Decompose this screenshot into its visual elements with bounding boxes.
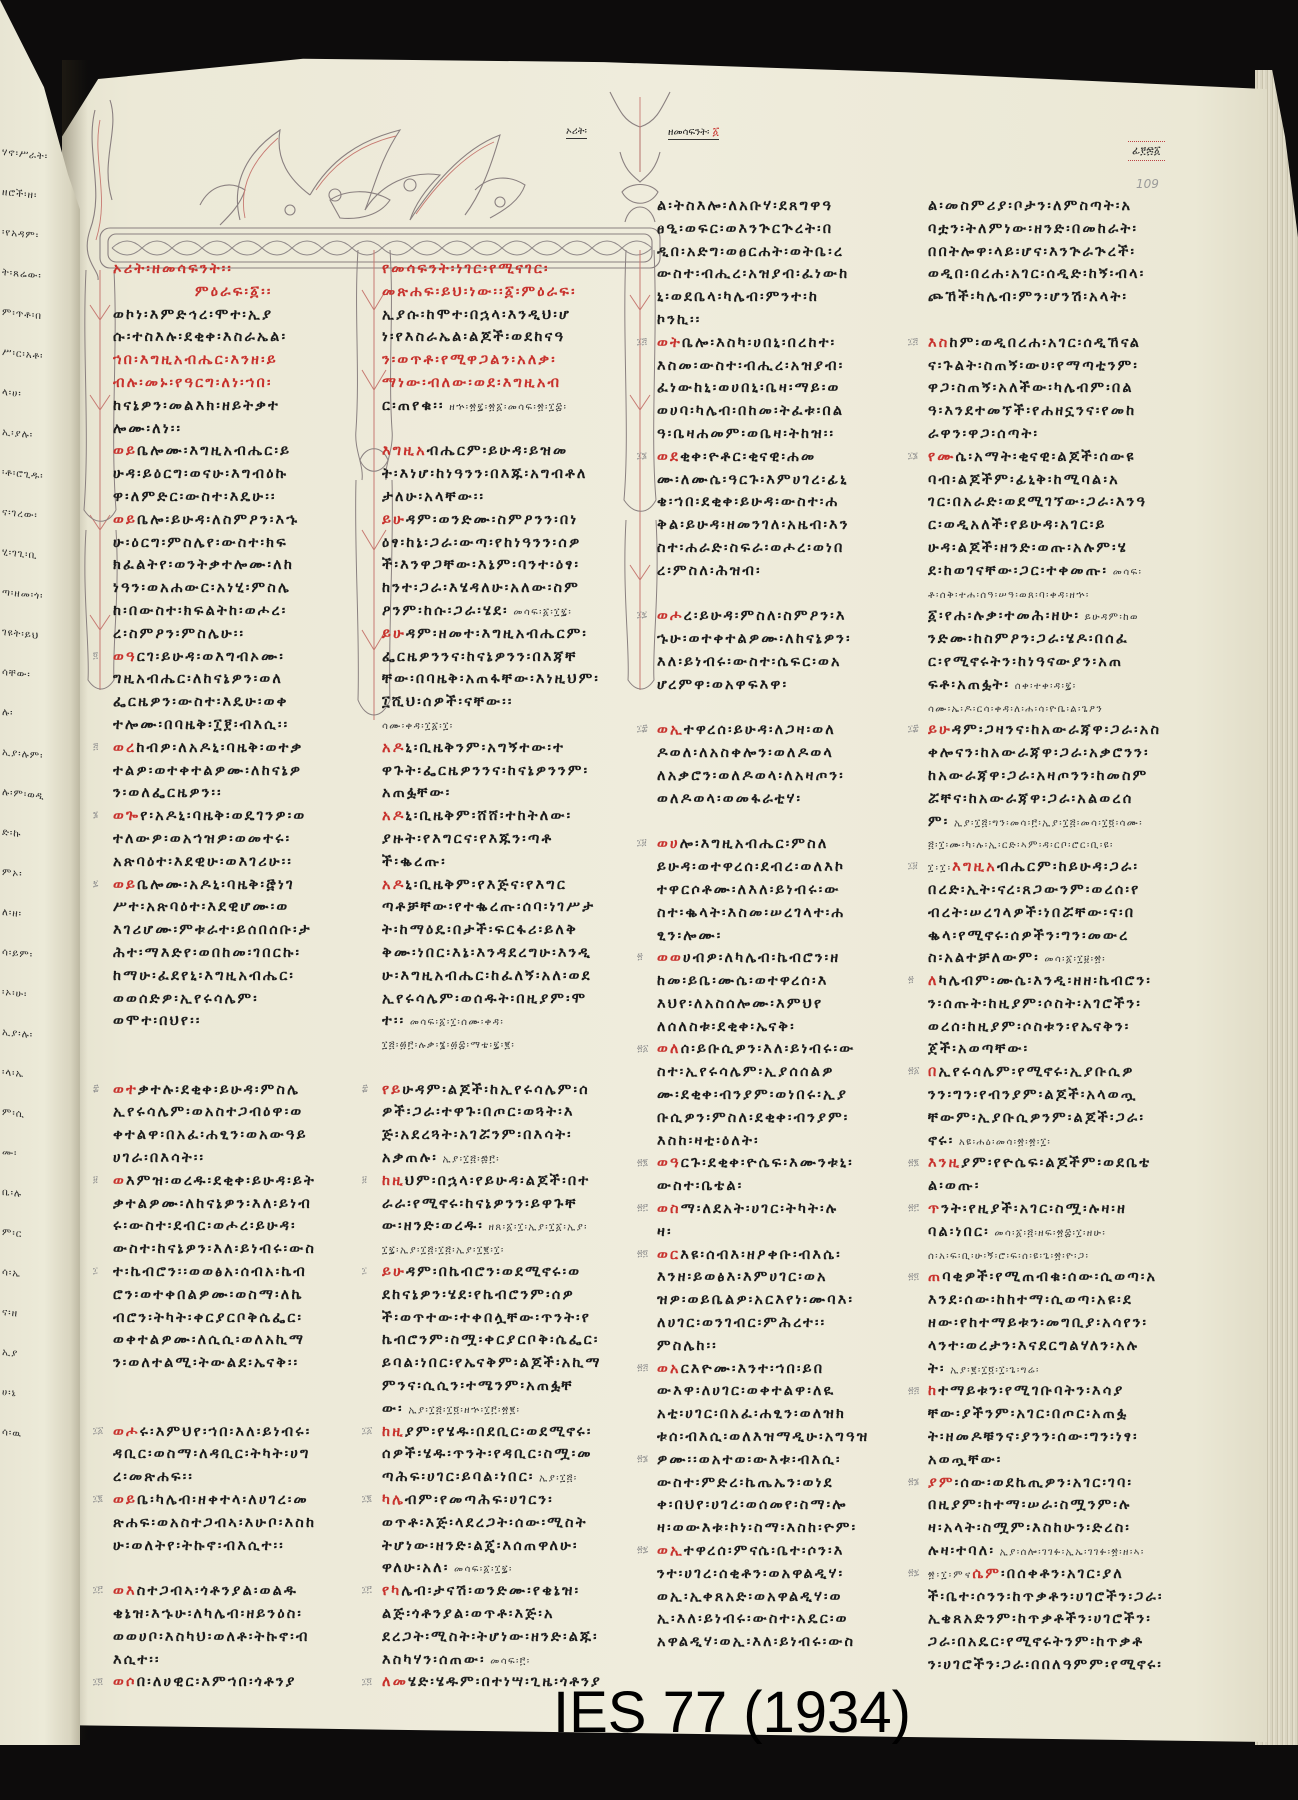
cross-reference: ዘኍ፡፳፯፡፳፩፡መሳፍ፡፳፡፲፰፡ (445, 402, 568, 413)
text-line: ወአርእዮሙ፡እንተ፡ኀበ፡ይበ (657, 1358, 912, 1381)
rubric-initial: ሴም (972, 1566, 1001, 1582)
text-line: እስከም፡ወዲበረሐ፡አገር፡ሰዲኸናል (928, 332, 1190, 355)
text-line: ዕፃ፡ከኔ፡ጋራ፡ውጣ፡የከነዓንን፡ሰዎ (382, 532, 632, 555)
verse-number: ፰ (93, 1084, 99, 1094)
running-head-title-text: ዘመሳፍንት፡ (668, 127, 709, 138)
text-line: ዛ፡ወውእቱ፡ኮነ፡ስማ፡እስከ፡ዮም፡ (657, 1517, 912, 1540)
cross-reference: አዩ፡ሐዕ፡መሳ፡፳፡፳፡፲፡ (954, 1137, 1051, 1148)
text-line: ስተ፡ቈላት፡እስመ፡ሠረገላተ፡ሐ (657, 902, 912, 925)
text-line: ሙ፡ደቂቀ፡ብንያም፡ወነበሩ፡ኢያ (657, 1084, 912, 1107)
facing-page-line: ቤ፡ሉ (2, 1186, 78, 1208)
text-line: ራዋን፡ዋጋ፡ሰጣት፡ (928, 423, 1190, 446)
rubric-initial: እግዚአ (952, 859, 997, 875)
verse-number: ፲ (93, 1266, 98, 1276)
text-line: ቀ፡በህየ፡ሀገረ፡ወሰመየ፡ስማ፡ሎ (657, 1494, 912, 1517)
quire-mark: ፊ፻፷፩ (1128, 141, 1165, 161)
text-line: አወጧቸው፡ (928, 1449, 1190, 1472)
rubric-initial: ከዚ (382, 1173, 405, 1189)
text-line: በበትሎዋ፡ላይ፡ሆና፡እንጕራጕረች፡ (928, 241, 1190, 264)
text-line: ወጥቶ፡እጅ፡ላደረጋት፡ሰው፡ሚስት (382, 1512, 632, 1535)
text-line: ይሁዳም፡በኬብሮን፡ወደሚኖሩ፡ወ (382, 1261, 632, 1284)
text-line: ሁ፡ወለትየ፡ትኩኖ፡ብእሲተ፡፡ (113, 1535, 363, 1558)
rubric-initial: ይሁ (928, 722, 952, 738)
text-line: ወኢተዋረሰ፡ይሁዳ፡ለጋዛ፡ወለ (657, 719, 912, 742)
text-line: ወእምዝ፡ወረዱ፡ደቂቀ፡ይሁዳ፡ይት (113, 1170, 363, 1193)
text-line: ን፡ሀገሮችን፡ጋራ፡በበለዓምም፡የሚኖሩ፡ (928, 1654, 1190, 1677)
rubric-initial: ወሖ (113, 1424, 140, 1440)
verse-number: ፲፮ (908, 451, 918, 461)
verse-number: ፮ (93, 810, 98, 820)
facing-page-line: ኢ፡ያሉ፡ (2, 426, 78, 448)
verse-number: ፲፱ (637, 838, 647, 848)
text-line: ይሁዳም፡ወንድሙ፡ስምዖንን፡በነ (382, 509, 632, 532)
text-line: ወይቤሎ፡ይሁዳ፡ለስምዖን፡እኁ (113, 509, 363, 532)
text-line: ር፡የሚኖሩትን፡ከነዓናውያን፡አጠ (928, 651, 1190, 674)
text-line: ወሀባ፡ካሌብ፡በከመ፡ትፈቱ፡በል (657, 400, 912, 423)
cross-reference: ኢያ፡፲፭፡፷፫፡ (438, 1154, 500, 1165)
cross-reference: ሳሙ፡ቀዳ፡፲፩፡፲፡ (382, 721, 454, 732)
cross-reference: መሳፍ፡፩፡፲፯፡ (449, 1564, 512, 1575)
text-line: ቃተልዎሙ፡ለከናኔዎን፡እለ፡ይነብ (113, 1193, 363, 1216)
text-line: ወኮነ፡እምድኅረ፡ሞተ፡ኢያ (113, 304, 363, 327)
facing-page-line: ምኦ፡ (2, 866, 78, 888)
text-line: ውስተ፡ምድረ፡ኬጤኤን፡ወነደ (657, 1472, 912, 1495)
verse-number: ፲፰ (908, 724, 919, 734)
rubric-initial: ወዓ (113, 649, 137, 665)
text-line: ግዚአብሔር፡ለከናኔዎን፡ወለ (113, 668, 363, 691)
facing-page-line: ና፡ዘ (2, 1306, 78, 1328)
text-line: ቶ፡ሰቅ፡ተሐ፡ሰዓ፡ሠዓ፡ወጸ፡ባ፡ቀዳ፡ዘኍ፡ (928, 583, 1190, 606)
text-line: ች፡ወጥተው፡ተቀበሏቸው፡ጥንት፡የ (382, 1307, 632, 1330)
text-line: ውስተ፡ቤቴል፡ (657, 1175, 912, 1198)
text-line: ኬብሮንም፡ስሟ፡ቀርያርቦቅ፡ሴፌር፡ (382, 1329, 632, 1352)
text-line: እንዚያም፡የዮሴፍ፡ልጆችም፡ወደቤቴ (928, 1152, 1190, 1175)
text-line: እግዚአብሔርም፡ይሁዳ፡ይዝመ (382, 440, 632, 463)
rubric-initial: አዶ (382, 808, 405, 824)
text-line: ጠባቂዎች፡የሚጠብቁ፡ሰው፡ሲወጣ፡አ (928, 1266, 1190, 1289)
text-line: ሆረምዋ፡ወአዋፍእዋ፡ (657, 674, 912, 697)
text-line: መጽሐፍ፡ይህ፡ነው፡፡፩፡ምዕራፍ፡ (382, 281, 632, 304)
text-line: ፲፭፡፴፫፡ሉቃ፡፮፡፴፰፡ማቴ፡፯፡፪፡ (382, 1033, 632, 1056)
text-line: ዛ፡አላት፡ስሟም፡እስከሁን፡ድረስ፡ (928, 1517, 1190, 1540)
verse-number: ፳፮ (908, 1477, 919, 1487)
rubric-initial: ወረ (113, 740, 136, 756)
text-line: ቱሰ፡ብእሲ፡ወለእዝማዲሁ፡አግዓዝ (657, 1426, 912, 1449)
facing-page-line: ሂ፡ገጊ፡ቢ (2, 546, 78, 568)
text-line: ደረጋት፡ሚስት፡ትሆነው፡ዘንድ፡ልጁ፡ (382, 1626, 632, 1649)
text-line: ዓ፡ቤዛሐመም፡ወቤዛ፡ትከዝ፡፡ (657, 423, 912, 446)
text-line: ር፡ጠየቁ፡፡ ዘኍ፡፳፯፡፳፩፡መሳፍ፡፳፡፲፰፡ (382, 395, 632, 418)
rubric-initial: እስ (928, 335, 950, 351)
text-line: ወዓርገ፡ይሁዳ፡ወእግብኦሙ፡ (113, 646, 363, 669)
text-line: ወሖሩ፡እምህየ፡ኀበ፡እለ፡ይነብሩ፡ (113, 1421, 363, 1444)
running-head-book: ኦሪት፡ (566, 126, 587, 139)
text-line: ቀተልዋ፡በአፈ፡ሐፂን፡ወአውዓይ (113, 1124, 363, 1147)
rubric-initial: ያም (928, 1475, 955, 1491)
text-line: ከመ፡ይቤ፡ሙሴ፡ወተዋረሰ፡እ (657, 970, 912, 993)
text-line: ሳሙ፡ቀዳ፡፲፩፡፲፡ (382, 714, 632, 737)
text-line: ም፡ ኢያ፡፲፭፡ግን፡መሳ፡፫፡ኢያ፡፲፭፡መሳ፡፲፬፡ሳሙ፡ (928, 811, 1190, 834)
text-line: ደከናኔዎን፡ሄደ፡የኬብሮንም፡ሰዎ (382, 1284, 632, 1307)
cross-reference: ሰቀ፡ተቀ፡ዳ፡፯፡ (1010, 681, 1076, 692)
text-line: አዶኒ፡ቢዜቅንም፡አግኝተው፡ተ (382, 737, 632, 760)
text-line: ኢ፡እለ፡ይነብሩ፡ውስተ፡አዴር፡ወ (657, 1608, 912, 1631)
cross-reference: ኢያ፡፪፡፲፬፡፲፡ጌ፡ግሬ፡ (946, 1365, 1040, 1376)
text-line: ወትቤሎ፡እስካ፡ሀበኒ፡በረከተ፡ (657, 332, 912, 355)
rubric-initial: ጥ (928, 1201, 941, 1217)
text-line: ፲ሺህ፡ሰዎች፡ናቸው፡፡ (382, 691, 632, 714)
text-line: አጠፏቸው፡ (382, 782, 632, 805)
text-line: ኒ፡ወደቤላ፡ካሌብ፡ምንተ፡ከ (657, 286, 912, 309)
text-line: በኢየሩሳሌም፡የሚኖሩ፡ኢያቡሲዎ (928, 1061, 1190, 1084)
text-line: ን፡ወለተልሚ፡ትውልደ፡ኤናቅ፡፡ (113, 1352, 363, 1375)
cross-reference: ዘጸ፡፩፡፲፡ኢያ፡፲፩፡ኢያ፡ (484, 1222, 588, 1233)
verse-number: ፳ (637, 952, 643, 962)
verse-number: ፲፪ (93, 1494, 103, 1504)
text-line: እህየ፡ለአስሰሎሙ፡እምህየ (657, 993, 912, 1016)
cross-reference: መሳ፡፩፡፲፱፡፳፡ (1040, 954, 1106, 965)
text-line: ወሞተ፡በህየ፡፡ (113, 1010, 363, 1033)
text-line: ወለዶወላ፡ወመፋራቲሃ፡ (657, 788, 912, 811)
text-line: ለሰለስቱ፡ደቂቀ፡ኤናቅ፡ (657, 1016, 912, 1039)
rubric-initial: ወኢ (657, 1543, 684, 1559)
text-line: ን፡ወለፌርዜዎን፡፡ (113, 782, 363, 805)
cross-reference: መሳፍ፡፩፡፲፡ሰሙ፡ቀዳ፡ (405, 1017, 504, 1028)
text-line: ለሀገር፡ወንገብር፡ምሕረተ፡፡ (657, 1312, 912, 1335)
verse-number: ፲ (362, 1266, 367, 1276)
text-line: በዚያም፡ከተማ፡ሠራ፡ስሟንም፡ሉ (928, 1494, 1190, 1517)
verse-number: ፳፬ (908, 1272, 919, 1282)
facing-page-line: ኢያ (2, 1346, 78, 1368)
rubric-initial: እግዚአ (382, 443, 427, 459)
text-line: ምዕራፍ፡፩፡፡ (113, 281, 363, 304)
running-head-title: ዘመሳፍንት፡ ፩ (668, 126, 719, 140)
text-line: ወለሰ፡ይቡሲዎን፡እለ፡ይነብሩ፡ው (657, 1038, 912, 1061)
rubric-initial: የይ (382, 1082, 402, 1098)
text-line: ፀዒ፡ወፍር፡ወእንጕርጕረት፡በ (657, 218, 912, 241)
text-line: ወሀሎ፡እግዚአብሔር፡ምስለ (657, 833, 912, 856)
rubric-initial: በ (928, 1064, 939, 1080)
text-line: ቸው፡ያችንም፡አገር፡በጦር፡አጠፏ (928, 1403, 1190, 1426)
text-line: ወጐየ፡አዶኒ፡ባዜቅ፡ወዴገንዎ፡ወ (113, 805, 363, 828)
rubric-initial: ወተ (113, 1082, 138, 1098)
facing-page-line: ፡ላ፡ኤ (2, 1066, 78, 1088)
verse-number: ፳ (908, 975, 914, 985)
text-line: ን፡ወጥቶ፡የሚዋጋልን፡አለቃ፡ (382, 349, 632, 372)
text-line: ጣሕፍ፡ሀገር፡ይባል፡ነበር፡ ኢያ፡፲፭፡ (382, 1466, 632, 1489)
verse-number: ፲፪ (362, 1494, 372, 1504)
text-line (382, 418, 632, 441)
verse-number: ፲፮ (637, 451, 647, 461)
text-line: ል፡ወጡ፡ (928, 1175, 1190, 1198)
text-line: ታለሁ፡አላቸው፡፡ (382, 486, 632, 509)
rubric-initial: የካ (382, 1583, 401, 1599)
text-line: ቄኔዝ፡እኁሁ፡ለካሌብ፡ዘይንዕስ፡ (113, 1603, 363, 1626)
facing-page-line: ኢያ፡ሉ፡ (2, 1026, 78, 1048)
verse-number: ፲፬ (362, 1677, 372, 1687)
rubric-initial: ወጐ (113, 808, 140, 824)
text-line: ፩፡የሐ፡ሉቃ፡ተመሕ፡ዘሁ፡ ይሁዳም፡ከወ (928, 605, 1190, 628)
text-line: ሮን፡ወተቀበልዎሙ፡ወስማ፡ለኬ (113, 1284, 363, 1307)
verse-number: ፱ (362, 1175, 367, 1185)
text-line: ዎች፡ጋራ፡ተዋጉ፡በጦር፡ወጓት፡እ (382, 1101, 632, 1124)
text-line: ከ፡በውስተ፡ክፍልትከ፡ወሖረ፡ (113, 600, 363, 623)
text-line: ው፡ ኢያ፡፲፭፡፲፬፡ዘኍ፡፲፫፡፳፪፡ (382, 1398, 632, 1421)
facing-page-line: ሉ፡ (2, 706, 78, 728)
text-line: ወቀተልዎሙ፡ለሲሲ፡ወለአኪማ (113, 1329, 363, 1352)
verse-number: ፳፩ (908, 1066, 919, 1076)
text-line: ገር፡በአራድ፡ወደሚገኘው፡ጋራ፡እንዓ (928, 491, 1190, 514)
text-line: ንተ፡ሀገረ፡ሰቂቶን፡ወአዋልዲሃ፡ (657, 1563, 912, 1586)
text-line: ሰዎች፡ሄዱ፡ጥንት፡የዳቢር፡ስሟ፡መ (382, 1443, 632, 1466)
text-line: ትሆነው፡ዘንድ፡ልጄ፡እሰጠዋለሁ፡ (382, 1535, 632, 1558)
text-line: ወኢ፡ኢቀጸአድ፡ወአዋልዲሃ፡ወ (657, 1586, 912, 1609)
text-line: ፭፡፲፡ሙ፡ካ፡ሉ፡ኢ፡ርድ፡ኣም፡ዳ፡ርቦ፡ሮር፡ቢ፡ዩ፡ (928, 833, 1190, 856)
text-line: ለአቃሮን፡ወለዶወላ፡ለአዛጦን፡ (657, 765, 912, 788)
text-line: ውእዋ፡ለሀገር፡ወቀተልዋ፡ለዪ (657, 1380, 912, 1403)
facing-page-line: ለ፡ዘ፡ (2, 906, 78, 928)
text-line: የካሌብ፡ታናሽ፡ወንድሙ፡የቄኔዝ፡ (382, 1580, 632, 1603)
text-line: ጮኸች፡ካሌብ፡ምን፡ሆንሽ፡አላት፡ (928, 286, 1190, 309)
text-line: ዳቢር፡ወስማ፡ለዳቢር፡ትካት፡ሀግ (113, 1443, 363, 1466)
text-line: ተለውዎ፡ወአኀዝዎ፡ወመተሩ፡ (113, 828, 363, 851)
verse-number: ፳፭ (637, 1363, 648, 1373)
rubric-initial: እንዚ (928, 1155, 961, 1171)
text-line: አዶኒ፡ቢዜቅም፡የእጅና፡የእግር (382, 874, 632, 897)
text-line: ጀች፡አወጣቸው፡ (928, 1038, 1190, 1061)
verse-number: ፰ (362, 1084, 368, 1094)
text-line: ጋራ፡በአዴር፡የሚኖሩትንም፡ከጥቃቶ (928, 1631, 1190, 1654)
text-line: ሩ፡ውስተ፡ደብር፡ወሖረ፡ይሁዳ፡ (113, 1215, 363, 1238)
facing-page-line: ላ፡ሀ፡ (2, 386, 78, 408)
text-line: ወሖረ፡ይሁዳ፡ምስለ፡ስምዖን፡እ (657, 605, 912, 628)
facing-page-line: ሳቸው፡ (2, 666, 78, 688)
text-line: ካሌብም፡የመጣሕፍ፡ሀገርን፡ (382, 1489, 632, 1512)
text-line: ማነው፡ብለው፡ወደ፡እግዚአብ (382, 372, 632, 395)
text-line: ን፡ሰጡት፡ከዚያም፡ሶስት፡አገሮችን፡ (928, 993, 1190, 1016)
cross-reference: ፲፭፡፴፫፡ሉቃ፡፮፡፴፰፡ማቴ፡፯፡፪፡ (382, 1040, 515, 1051)
rubric-initial: ይሁ (382, 1264, 406, 1280)
text-line: ምንና፡ሲሲን፡ተሜንም፡አጠፏቸ (382, 1375, 632, 1398)
text-line: ፲፯፡ኢያ፡፲፭፡፲፭፡ኢያ፡፲፪፡፲፡ (382, 1238, 632, 1261)
text-line: እንደ፡ሰው፡ከከተማ፡ሲወጣ፡አዩ፡ደ (928, 1289, 1190, 1312)
text-line: ኢቄጸአድንም፡ከጥቃቶችን፡ሀገሮችን፡ (928, 1608, 1190, 1631)
text-line: ሰ፡አ፡ፍ፡ቢ፡ሁ፡ኝ፡ሮ፡ፍ፡ሰ፡ዩ፡ጌ፡፳፡ዮ፡ጋ፡ (928, 1244, 1190, 1267)
text-line: ዖንም፡ከሱ፡ጋራ፡ሄደ፡ መሳፍ፡፩፡፲፯፡ (382, 600, 632, 623)
shelfmark-caption: IES 77 (1934) (553, 1683, 911, 1743)
verse-number: ፳፮ (637, 1454, 648, 1464)
text-line: ጥንት፡የዚያች፡አገር፡ስሟ፡ሉዛ፡ዘ (928, 1198, 1190, 1221)
text-line: እስመ፡ውስተ፡ብሒረ፡አዝያብ፡ (657, 355, 912, 378)
text-line: ተ፡፡ መሳፍ፡፩፡፲፡ሰሙ፡ቀዳ፡ (382, 1010, 632, 1033)
verse-number: ፳፫ (908, 1203, 919, 1213)
text-line: ቀሎናን፡ከአውራጃዋ፡ጋራ፡አቃሮንን፡ (928, 742, 1190, 765)
text-line: እስከ፡ዛቲ፡ዕለት፡ (657, 1130, 912, 1153)
text-line: የይሁዳም፡ልጆች፡ከኢየሩሳሌም፡ሰ (382, 1079, 632, 1102)
rubric-initial: ወት (657, 335, 682, 351)
rubric-initial: ወወ (657, 950, 683, 966)
text-line: ኢያሱ፡ከሞተ፡በኋላ፡እንዲህ፡ሆ (382, 304, 632, 327)
cross-reference: ይሁዳም፡ከወ (1080, 612, 1139, 623)
text-line: ዋለሁ፡አለ፡ መሳፍ፡፩፡፲፯፡ (382, 1557, 632, 1580)
verse-number: ፳፪ (908, 1158, 919, 1168)
text-line: አቲ፡ሀገር፡በአፈ፡ሐፂን፡ወለዝክ (657, 1403, 912, 1426)
verse-number: ፳፬ (637, 1249, 648, 1259)
text-line (928, 309, 1190, 332)
facing-page-line: ሉ፡ም፡ወዲ (2, 786, 78, 808)
text-line: ጽሐፍ፡ወአስተጋብኣ፡እሁቦ፡እስከ (113, 1512, 363, 1535)
text-line: ወይቤ፡ካሌብ፡ዘቀተላ፡ለሀገረ፡መ (113, 1489, 363, 1512)
rubric-initial: ለመ (382, 1674, 408, 1690)
text-line: ዋ፡ለምድር፡ውስተ፡እዴሁ፡፡ (113, 486, 363, 509)
verse-number: ፲፩ (362, 1426, 372, 1436)
rubric-initial: ከ (928, 1383, 938, 1399)
text-line: ሯቸና፡ከአውራጃዋ፡ጋራ፡አልወረሰ (928, 788, 1190, 811)
text-line: ር፡ወዲአለች፡የይሁዳ፡አገር፡ይ (928, 514, 1190, 537)
text-line: ተዋርሶቶሙ፡ለእለ፡ይነብሩ፡ው (657, 879, 912, 902)
text-line: ሁ፡እግዚአብሔር፡ከፈለኝ፡አለ፡ወደ (382, 965, 632, 988)
text-line: እሲተ፡፡ (113, 1649, 363, 1672)
text-line: ተ፡ኬብሮን፡፡ወወፅአ፡ሰብአ፡ኬብ (113, 1261, 363, 1284)
text-line: ወረሰ፡ከዚያም፡ሶስቱን፡የኤናቅን፡ (928, 1016, 1190, 1039)
text-line: ዝዎ፡ወይቤልዎ፡አርእየነ፡ሙባእ፡ (657, 1289, 912, 1312)
text-line: ወኢተዋረሰ፡ምናሴ፡ቤተ፡ሶን፡እ (657, 1540, 912, 1563)
text-line: ላንተ፡ወረታን፡እናደርግልሃለን፡አሉ (928, 1335, 1190, 1358)
text-line: ወዓርጉ፡ደቂቀ፡ዮሴፍ፡እሙንቱኒ፡ (657, 1152, 912, 1175)
rubric-initial: ወይ (113, 1492, 137, 1508)
text-line: ወረከብዎ፡ለአዶኒ፡ባዜቅ፡ወተቃ (113, 737, 363, 760)
text-line: ተሎሙ፡በባዜቅ፡፲፻፡ብእሲ፡፡ (113, 714, 363, 737)
rubric-initial: አዶ (382, 740, 405, 756)
text-line (113, 1033, 363, 1056)
facing-page-line: ም፡ሲ (2, 1106, 78, 1128)
text-line: ወዲበ፡በረሐ፡አገር፡ሰዲድ፡ከኝ፡ብላ፡ (928, 263, 1190, 286)
text-line: ፂን፡ሎሙ፡ (657, 925, 912, 948)
rubric-initial: የሙ (928, 449, 956, 465)
text-line: ዛ፡ (657, 1221, 912, 1244)
verse-number: ፳፯ (908, 1568, 919, 1578)
text-line: ት፡ዘመዶቹንና፡ያንን፡ሰው፡ግን፡ነፃ፡ (928, 1426, 1190, 1449)
text-line: ይሁዳም፡ዘመተ፡እግዚአብሔርም፡ (382, 623, 632, 646)
text-line: ኮንኪ፡፡ (657, 309, 912, 332)
rubric-initial: ወ (113, 1173, 126, 1189)
verse-number: ፬ (93, 651, 98, 661)
text-line: ቸውም፡ኢያቡሲዎንም፡ልጆች፡ጋራ፡ (928, 1107, 1190, 1130)
text-line (113, 1398, 363, 1421)
text-line: ው፡ዘንድ፡ወረዱ፡ ዘጸ፡፩፡፲፡ኢያ፡፲፩፡ኢያ፡ (382, 1215, 632, 1238)
text-line: ከዚያም፡የሄዱ፡በደቢር፡ወደሚኖሩ፡ (382, 1421, 632, 1444)
rubric-initial: ወር (657, 1247, 680, 1263)
text-line: ወይቤሎሙ፡አዶኒ፡ባዜቅ፡፸ነገ (113, 874, 363, 897)
text-line: አዶኒ፡ቢዜቅም፡ሸሸ፡ተከትለው፡ (382, 805, 632, 828)
text-line: ኖሩ፡ አዩ፡ሐዕ፡መሳ፡፳፡፳፡፲፡ (928, 1130, 1190, 1153)
text-line: ቅሙ፡ነበር፡እኔ፡እንዳደረግሁ፡እንዲ (382, 942, 632, 965)
facing-page-line: ሳ፡ኤ (2, 1266, 78, 1288)
facing-page-line: ፡ቶ፡ሮጊዱ፡ (2, 466, 78, 488)
text-line: ሥተ፡አጽባዕተ፡እደዊሆሙ፡ወ (113, 896, 363, 919)
text-line: ይባል፡ነበር፡የኤናቅም፡ልጆች፡አኪማ (382, 1352, 632, 1375)
text-line: ት፡ከማዕዴ፡በታች፡ፍርፋሪ፡ይለቅ (382, 919, 632, 942)
verse-number: ፲፰ (637, 724, 648, 734)
verse-number: ፲፫ (362, 1585, 372, 1595)
text-line: እለ፡ይነብሩ፡ውስተ፡ሴፍር፡ወአ (657, 651, 912, 674)
verse-number: ፲፯ (637, 610, 647, 620)
text-line: ኁሁ፡ወተቀተልዎሙ፡ለከናኔዎን፡ (657, 628, 912, 651)
cross-reference: ሰ፡አ፡ፍ፡ቢ፡ሁ፡ኝ፡ሮ፡ፍ፡ሰ፡ዩ፡ጌ፡፳፡ዮ፡ጋ፡ (928, 1251, 1089, 1262)
rubric-initial: ወይ (113, 512, 137, 528)
text-line: ተልዎ፡ወተቀተልዎሙ፡ለከናኔዎ (113, 760, 363, 783)
text-line: ፈነውከኒ፡ወሀበኒ፡ቤዛ፡ማይ፡ወ (657, 377, 912, 400)
text-line: ዋጉት፡ፌርዜዎንንና፡ከናኔዎንንም፡ (382, 760, 632, 783)
text-line: ሁዳ፡ይዕርግ፡ወናሁ፡እግብዕኩ (113, 463, 363, 486)
rubric-initial: ካሌ (382, 1492, 405, 1508)
facing-page-line: ሥ፡ር፡አቶ፡ (2, 346, 78, 368)
cross-reference: ኢያ፡፲፭፡፲፬፡ዘኍ፡፲፫፡፳፪፡ (404, 1405, 521, 1416)
facing-page-line: ሳ፡ዉ (2, 1426, 78, 1448)
text-line: ባብ፡ልጆችም፡ፊኒቅ፡ከሚባል፡አ (928, 469, 1190, 492)
facing-page-line: ጣ፡ዘመ፡ጎ፡ (2, 586, 78, 608)
text-line: ከዚህም፡በኋላ፡የይሁዳ፡ልጆች፡በተ (382, 1170, 632, 1193)
text-line (113, 1557, 363, 1580)
text-line: ምስሌከ፡፡ (657, 1335, 912, 1358)
rubric-initial: ለ (928, 973, 939, 989)
verse-number: ፭ (93, 742, 98, 752)
text-line: ከናኔዎን፡መልእክ፡ዘይትቃተ (113, 395, 363, 418)
facing-page-line: ገዩት፡ይህ (2, 626, 78, 648)
text-line: ጣቶቻቸው፡የተቈረጡ፡ሰባ፡ነገሥታ (382, 896, 632, 919)
text-line: ል፡መስምሪያ፡ቦታን፡ለምስጣት፡አ (928, 195, 1190, 218)
text-line: ሁዳ፡ልጆች፡ዘንድ፡ወጡ፡አሉም፡ሄ (928, 537, 1190, 560)
cross-reference: መሳፍ፡፫፡ (486, 1656, 531, 1667)
text-line: ዲበ፡አድግ፡ወፀርሐት፡ወትቤ፡ረ (657, 241, 912, 264)
text-line (382, 1056, 632, 1079)
verse-number: ፲፩ (93, 1426, 103, 1436)
rubric-initial: አዶ (382, 877, 405, 893)
text-line: እንዘ፡ይወፅእ፡እምሀገር፡ወአ (657, 1266, 912, 1289)
cross-reference: ኢያ፡፲፭፡ግን፡መሳ፡፫፡ኢያ፡፲፭፡መሳ፡፲፬፡ሳሙ፡ (949, 818, 1143, 829)
text-line: ወወሀብዎ፡ለካሌብ፡ኬብሮን፡ዘ (657, 947, 912, 970)
rubric-initial: ጠ (928, 1269, 942, 1285)
text-line: ነ፡የእስራኤል፡ልጆች፡ወደከናዓ (382, 326, 632, 349)
facing-page-line: ም፡ር (2, 1226, 78, 1248)
text-line: ሱ፡ተስእሉ፡ደቂቀ፡እስራኤል፡ (113, 326, 363, 349)
facing-page-line: ት፡ጸሬው፡ (2, 266, 78, 288)
text-line (113, 1056, 363, 1079)
text-line: ባቷን፡ትለምነው፡ዘንድ፡በመከራት፡ (928, 218, 1190, 241)
rubric-initial: ወሀ (657, 836, 680, 852)
text-line: ፌርዜዎንንና፡ከናኔዎንን፡በእጃቸ (382, 646, 632, 669)
text-line: ዘው፡የከተማይቱን፡መግቢያ፡አሳየን፡ (928, 1312, 1190, 1335)
rubric-initial: ወእ (113, 1583, 137, 1599)
text-line: ሳሙ፡ኤ፡ዶ፡ርሳ፡ቀዳ፡ለ፡ሐ፡ሳ፡ዮቤ፡ል፡ጌዖን (928, 697, 1190, 720)
text-line: ከአውራጃዋ፡ጋራ፡አዛጦንን፡ከመስም (928, 765, 1190, 788)
text-line: አጽባዕተ፡እደዊሁ፡ወእገሪሁ፡፡ (113, 851, 363, 874)
facing-page-line: ና፡ገረው፡ (2, 506, 78, 528)
cross-reference: መሳፍ፡፩፡፲፯፡ (509, 607, 572, 618)
text-line: ቄ፡ኀበ፡ደቂቀ፡ይሁዳ፡ውስተ፡ሐ (657, 491, 912, 514)
text-line: ሀገራ፡በእሳት፡፡ (113, 1147, 363, 1170)
text-line: ጅ፡አደረጓት፡አገሯንም፡በእሳት፡ (382, 1124, 632, 1147)
rubric-initial: ይሁ (382, 626, 406, 642)
text-line: ወደቂቀ፡ዮቶር፡ቂናዊ፡ሐመ (657, 446, 912, 469)
text-line: አቃጠሉ፡ ኢያ፡፲፭፡፷፫፡ (382, 1147, 632, 1170)
text-line: ል፡ትስእሎ፡ለአቡሃ፡ደጸግዋዓ (657, 195, 912, 218)
text-column-3: ል፡ትስእሎ፡ለአቡሃ፡ደጸግዋዓፀዒ፡ወፍር፡ወእንጕርጕረት፡በዲበ፡አድግ… (657, 195, 912, 1654)
text-line (657, 697, 912, 720)
text-line: ሕተ፡ማእድየ፡ወበከመ፡ገበርኩ፡ (113, 942, 363, 965)
rubric-initial: ወይ (113, 877, 137, 893)
text-line: ቈላ፡የሚኖሩ፡ሰዎችን፡ግን፡መውረ (928, 925, 1190, 948)
